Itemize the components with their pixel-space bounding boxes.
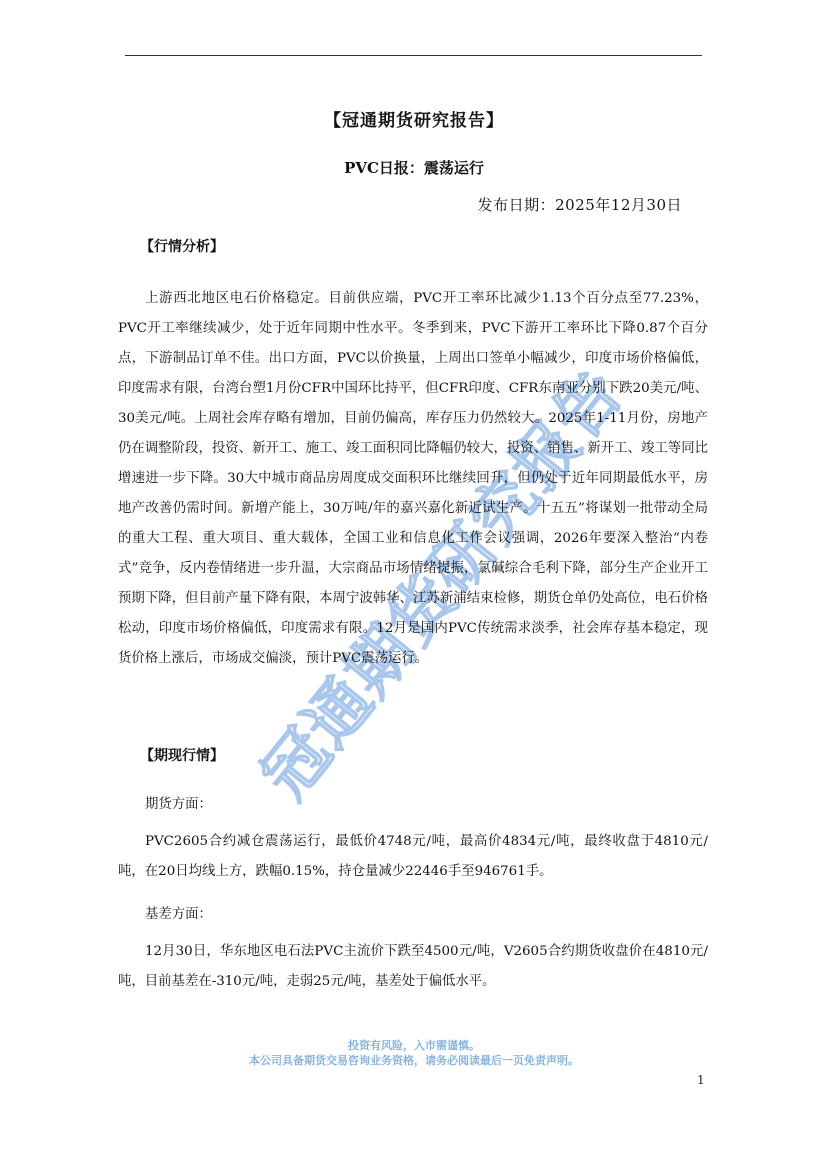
basis-label: 基差方面： — [145, 903, 212, 922]
section-heading-market: 【期现行情】 — [140, 745, 224, 765]
footer-risk-line: 投资有风险，入市需谨慎。 — [0, 1038, 828, 1053]
futures-label: 期货方面： — [145, 793, 212, 812]
analysis-paragraph: 上游西北地区电石价格稳定。目前供应端，PVC开工率环比减少1.13个百分点至77… — [118, 284, 708, 674]
futures-paragraph: PVC2605合约减仓震荡运行，最低价4748元/吨，最高价4834元/吨，最终… — [118, 827, 708, 887]
basis-paragraph: 12月30日，华东地区电石法PVC主流价下跌至4500元/吨，V2605合约期货… — [118, 937, 708, 997]
document-page: 冠通期货研究报告 【冠通期货研究报告】 PVC日报：震荡运行 发布日期：2025… — [0, 0, 828, 1170]
footer-disclaimer: 投资有风险，入市需谨慎。 本公司具备期货交易咨询业务资格，请务必阅读最后一页免责… — [0, 1038, 828, 1068]
section-heading-analysis: 【行情分析】 — [140, 236, 224, 256]
report-subtitle: PVC日报：震荡运行 — [0, 157, 828, 178]
header-rule — [125, 55, 702, 56]
page-number: 1 — [697, 1073, 705, 1087]
report-title: 【冠通期货研究报告】 — [0, 106, 828, 131]
footer-disclaimer-line: 本公司具备期货交易咨询业务资格，请务必阅读最后一页免责声明。 — [0, 1053, 828, 1068]
publish-date: 发布日期：2025年12月30日 — [478, 194, 682, 215]
